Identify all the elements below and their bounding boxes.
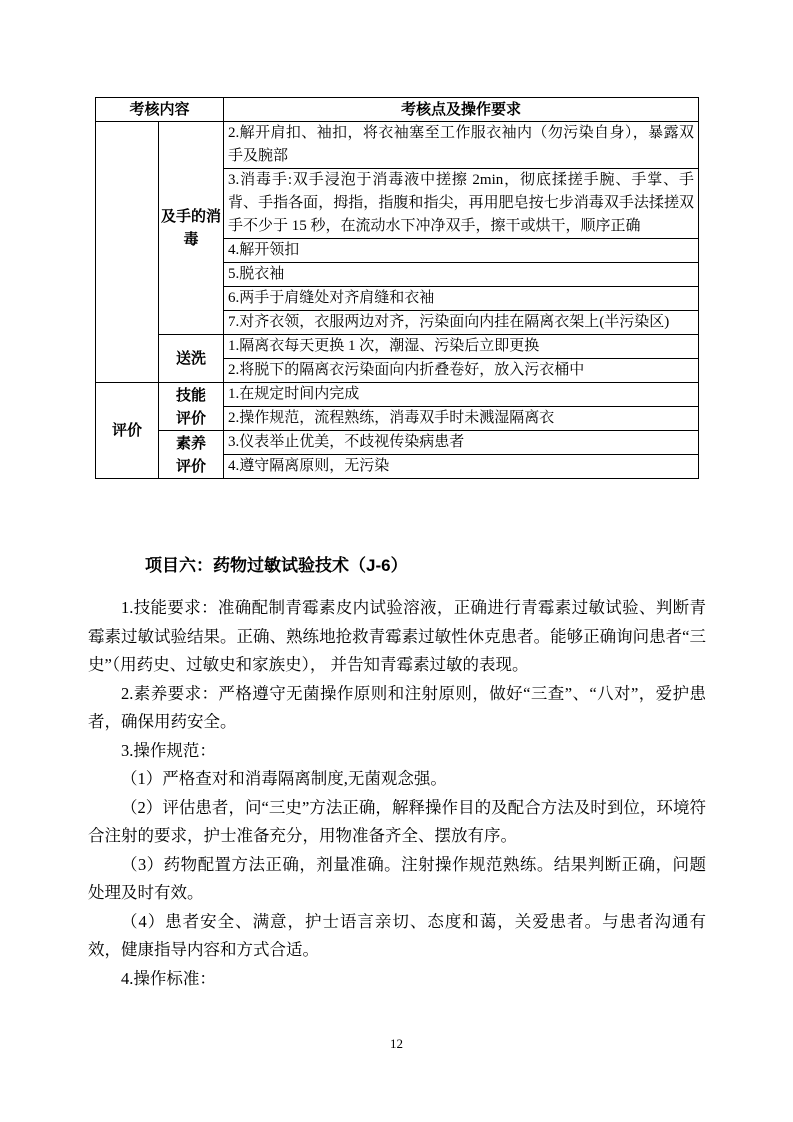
paragraph-item-4: （4）患者安全、满意，护士语言亲切、态度和蔼，关爱患者。与患者沟通有效，健康指导… — [88, 908, 706, 965]
section-heading: 项目六：药物过敏试验技术（J-6） — [88, 551, 706, 580]
quality-eval-label-cell: 素养 评价 — [159, 431, 224, 479]
item-cell: 4.遵守隔离原则，无污染 — [224, 455, 699, 479]
section-project-six: 项目六：药物过敏试验技术（J-6） 1.技能要求：准确配制青霉素皮内试验溶液，正… — [88, 551, 706, 993]
skill-eval-label-cell: 技能 评价 — [159, 383, 224, 431]
table-row: 及手的消 毒 2.解开肩扣、袖扣，将衣袖塞至工作服衣袖内（勿污染自身），暴露双手… — [96, 122, 699, 169]
document-page: 考核内容 考核点及操作要求 及手的消 毒 2.解开肩扣、袖扣，将衣袖塞至工作服衣… — [0, 0, 793, 1122]
table-row: 评价 技能 评价 1.在规定时间内完成 — [96, 383, 699, 407]
paragraph-quality-requirement: 2.素养要求：严格遵守无菌操作原则和注射原则，做好“三查”、“八对”，爱护患者，… — [88, 680, 706, 737]
evaluation-label-cell: 评价 — [96, 383, 159, 479]
paragraph-operation-standard-title: 3.操作规范： — [88, 737, 706, 766]
item-cell: 2.解开肩扣、袖扣，将衣袖塞至工作服衣袖内（勿污染自身），暴露双手及腕部 — [224, 122, 699, 169]
left-empty-cell — [96, 122, 159, 383]
page-number: 12 — [0, 1036, 793, 1052]
item-cell: 3.消毒手:双手浸泡于消毒液中搓擦 2min，彻底揉搓手腕、手掌、手背、手指各面… — [224, 169, 699, 239]
paragraph-item-1: （1）严格查对和消毒隔离制度,无菌观念强。 — [88, 765, 706, 794]
header-assessment-content: 考核内容 — [96, 98, 224, 122]
table-row: 素养 评价 3.仪表举止优美，不歧视传染病患者 — [96, 431, 699, 455]
item-cell: 2.将脱下的隔离衣污染面向内折叠卷好，放入污衣桶中 — [224, 359, 699, 383]
item-cell: 1.隔离衣每天更换 1 次，潮湿、污染后立即更换 — [224, 335, 699, 359]
wash-label-cell: 送洗 — [159, 335, 224, 383]
paragraph-item-2: （2）评估患者，问“三史”方法正确，解释操作目的及配合方法及时到位，环境符合注射… — [88, 794, 706, 851]
item-cell: 4.解开领扣 — [224, 239, 699, 263]
table-header-row: 考核内容 考核点及操作要求 — [96, 98, 699, 122]
item-cell: 2.操作规范，流程熟练，消毒双手时未溅湿隔离衣 — [224, 407, 699, 431]
table-row: 送洗 1.隔离衣每天更换 1 次，潮湿、污染后立即更换 — [96, 335, 699, 359]
item-cell: 1.在规定时间内完成 — [224, 383, 699, 407]
paragraph-operation-criteria-title: 4.操作标准： — [88, 965, 706, 994]
item-cell: 5.脱衣袖 — [224, 263, 699, 287]
assessment-table: 考核内容 考核点及操作要求 及手的消 毒 2.解开肩扣、袖扣，将衣袖塞至工作服衣… — [95, 97, 699, 479]
item-cell: 6.两手于肩缝处对齐肩缝和衣袖 — [224, 287, 699, 311]
item-cell: 7.对齐衣领，衣服两边对齐，污染面向内挂在隔离衣架上(半污染区) — [224, 311, 699, 335]
paragraph-skill-requirement: 1.技能要求：准确配制青霉素皮内试验溶液，正确进行青霉素过敏试验、判断青霉素过敏… — [88, 594, 706, 680]
disinfection-label-cell: 及手的消 毒 — [159, 122, 224, 335]
header-assessment-points: 考核点及操作要求 — [224, 98, 699, 122]
paragraph-item-3: （3）药物配置方法正确，剂量准确。注射操作规范熟练。结果判断正确，问题处理及时有… — [88, 851, 706, 908]
item-cell: 3.仪表举止优美，不歧视传染病患者 — [224, 431, 699, 455]
